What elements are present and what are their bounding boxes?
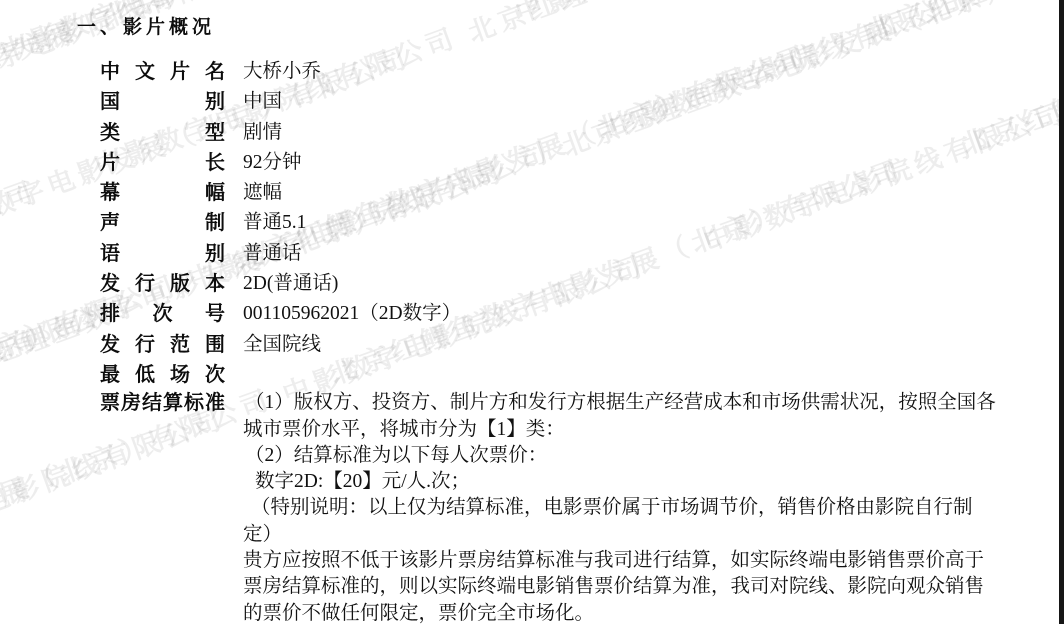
field-value: 中国 bbox=[243, 87, 282, 117]
field-label: 中文片名 bbox=[100, 57, 225, 87]
field-value: 普通5.1 bbox=[243, 208, 306, 238]
field-value: 剧情 bbox=[243, 118, 282, 148]
field-value: 92分钟 bbox=[243, 148, 302, 178]
section-title: 一、影片概况 bbox=[77, 12, 215, 39]
paragraph-line: 贵方应按照不低于该影片票房结算标准与我司进行结算，如实际终端电影销售票价高于 bbox=[243, 548, 996, 574]
field-row: 类型剧情 bbox=[100, 118, 1064, 148]
page-right-edge bbox=[1059, 0, 1064, 624]
field-row: 语别普通话 bbox=[100, 239, 1064, 269]
field-label: 语别 bbox=[100, 239, 225, 269]
field-value: 001105962021（2D数字） bbox=[243, 299, 461, 329]
paragraph-line: 定） bbox=[243, 522, 996, 548]
paragraph-line: （特别说明：以上仅为结算标准，电影票价属于市场调节价，销售价格由影院自行制 bbox=[243, 495, 996, 521]
field-row: 发行版本2D(普通话) bbox=[100, 269, 1064, 299]
field-label: 声制 bbox=[100, 208, 225, 238]
paragraph-line: 的票价不做任何限定，票价完全市场化。 bbox=[243, 601, 996, 624]
field-row: 中文片名大桥小乔 bbox=[100, 57, 1064, 87]
field-label: 发行范围 bbox=[100, 330, 225, 360]
field-row: 片长92分钟 bbox=[100, 148, 1064, 178]
field-label: 国别 bbox=[100, 87, 225, 117]
paragraph-line: 票房结算标准的，则以实际终端电影销售票价结算为准，我司对院线、影院向观众销售 bbox=[243, 574, 996, 600]
field-row: 票房结算标准（1）版权方、投资方、制片方和发行方根据生产经营成本和市场供需状况，… bbox=[100, 390, 1064, 624]
document-page: 中影数字电影院线有限公司 中影数字电影院线有限公司 中影数字电影院线有限公司 中… bbox=[0, 0, 1064, 624]
field-value: 2D(普通话) bbox=[243, 269, 338, 299]
field-row: 幕幅遮幅 bbox=[100, 178, 1064, 208]
fields-list: 中文片名大桥小乔国别中国类型剧情片长92分钟幕幅遮幅声制普通5.1语别普通话发行… bbox=[100, 57, 1064, 624]
field-row: 排次号001105962021（2D数字） bbox=[100, 299, 1064, 329]
settlement-paragraph: （1）版权方、投资方、制片方和发行方根据生产经营成本和市场供需状况，按照全国各城… bbox=[243, 390, 996, 624]
field-label: 片长 bbox=[100, 148, 225, 178]
document-content: 一、影片概况 中文片名大桥小乔国别中国类型剧情片长92分钟幕幅遮幅声制普通5.1… bbox=[0, 0, 1064, 624]
field-value: 遮幅 bbox=[243, 178, 282, 208]
field-label: 幕幅 bbox=[100, 178, 225, 208]
paragraph-line: （2）结算标准为以下每人次票价： bbox=[243, 443, 996, 469]
field-label: 排次号 bbox=[100, 299, 225, 329]
field-value: 普通话 bbox=[243, 239, 302, 269]
paragraph-line: 数字2D:【20】元/人.次； bbox=[243, 469, 996, 495]
field-value: 全国院线 bbox=[243, 330, 321, 360]
field-label: 票房结算标准 bbox=[100, 390, 225, 416]
paragraph-line: （1）版权方、投资方、制片方和发行方根据生产经营成本和市场供需状况，按照全国各 bbox=[243, 390, 996, 416]
field-label: 最低场次 bbox=[100, 360, 225, 390]
field-row: 最低场次 bbox=[100, 360, 1064, 390]
field-row: 声制普通5.1 bbox=[100, 208, 1064, 238]
field-label: 发行版本 bbox=[100, 269, 225, 299]
field-row: 国别中国 bbox=[100, 87, 1064, 117]
field-label: 类型 bbox=[100, 118, 225, 148]
field-value: 大桥小乔 bbox=[243, 57, 321, 87]
field-row: 发行范围全国院线 bbox=[100, 330, 1064, 360]
paragraph-line: 城市票价水平，将城市分为【1】类： bbox=[243, 417, 996, 443]
